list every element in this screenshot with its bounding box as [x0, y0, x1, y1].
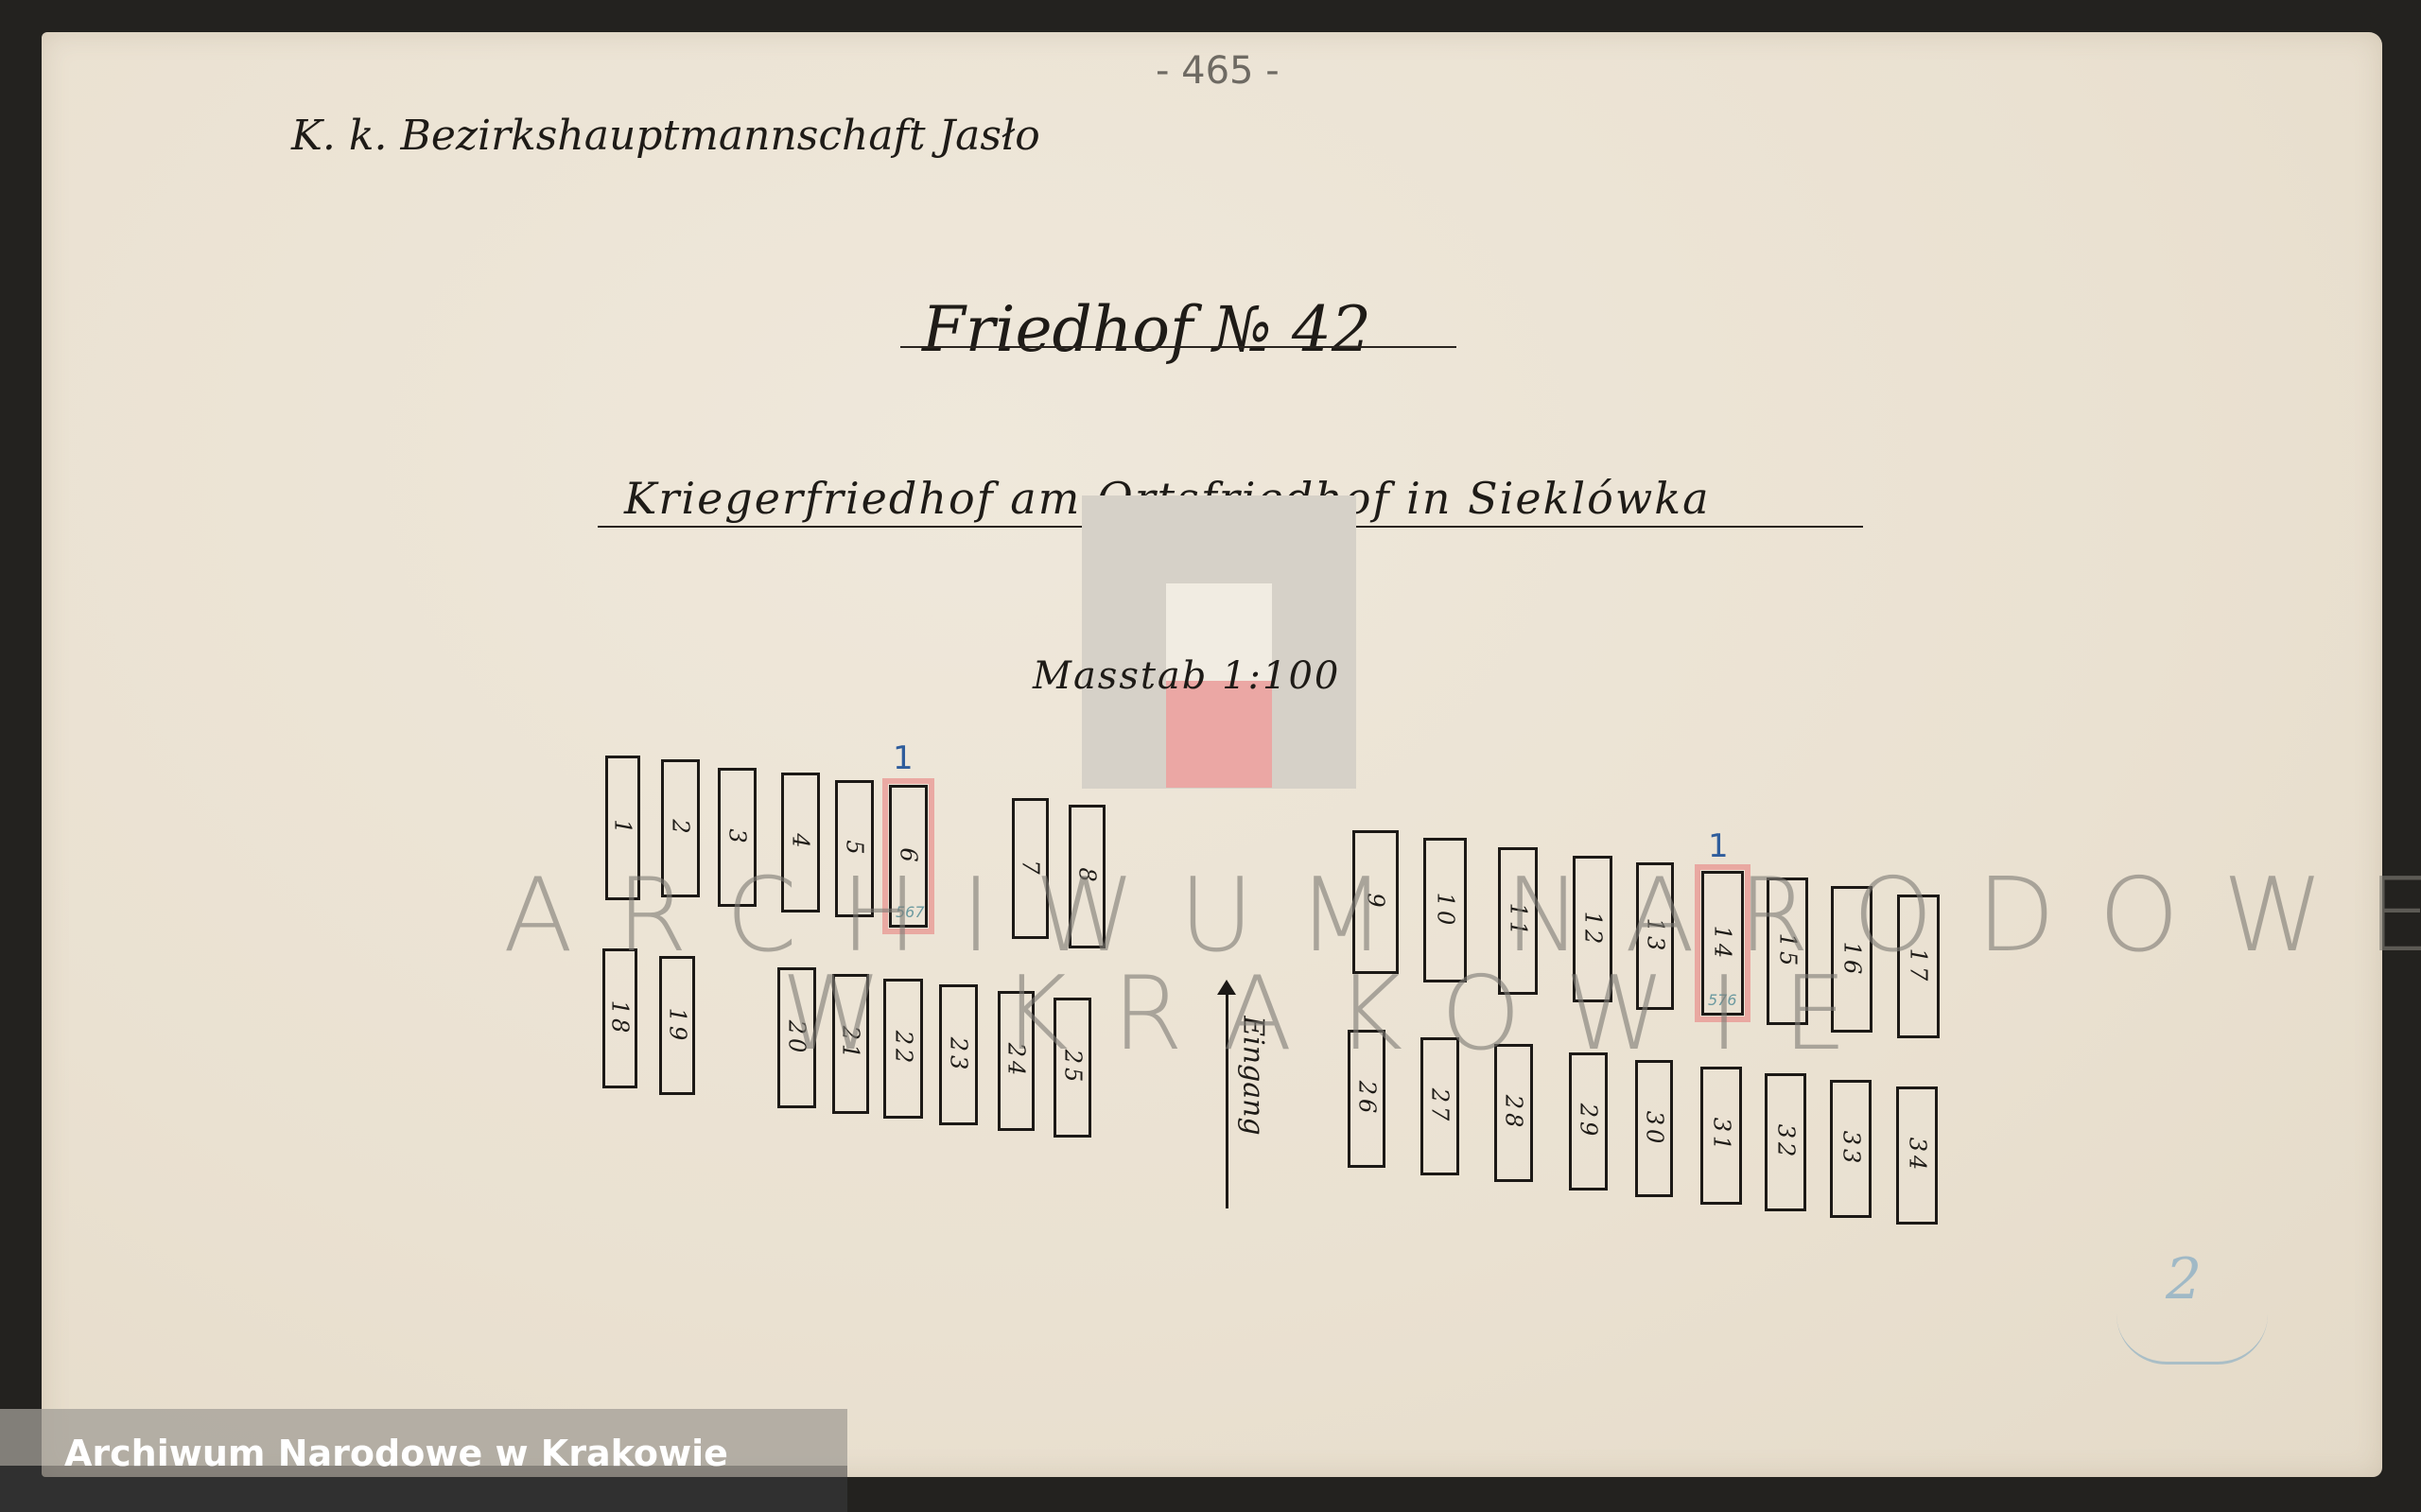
archive-label: Archiwum Narodowe w Krakowie	[64, 1433, 728, 1474]
grave-33: 33	[1830, 1080, 1872, 1218]
sheet-mark: 2	[2166, 1246, 2202, 1312]
scale-label: Masstab 1:100	[1033, 654, 1340, 698]
header-authority: K. k. Bezirkshauptmannschaft Jasło	[291, 112, 1040, 160]
grave-31: 31	[1700, 1067, 1742, 1205]
page-number: - 465 -	[1156, 49, 1280, 93]
grave-32: 32	[1765, 1073, 1806, 1211]
title-underline	[900, 346, 1456, 348]
grave-19: 19	[659, 956, 695, 1095]
document-title: Friedhof № 42	[922, 293, 1371, 366]
blue-check-mark-6: 1	[893, 739, 914, 777]
watermark-line-2: W KRAKOWIE	[781, 955, 1890, 1073]
grave-30: 30	[1635, 1060, 1673, 1197]
grave-34: 34	[1896, 1086, 1938, 1225]
